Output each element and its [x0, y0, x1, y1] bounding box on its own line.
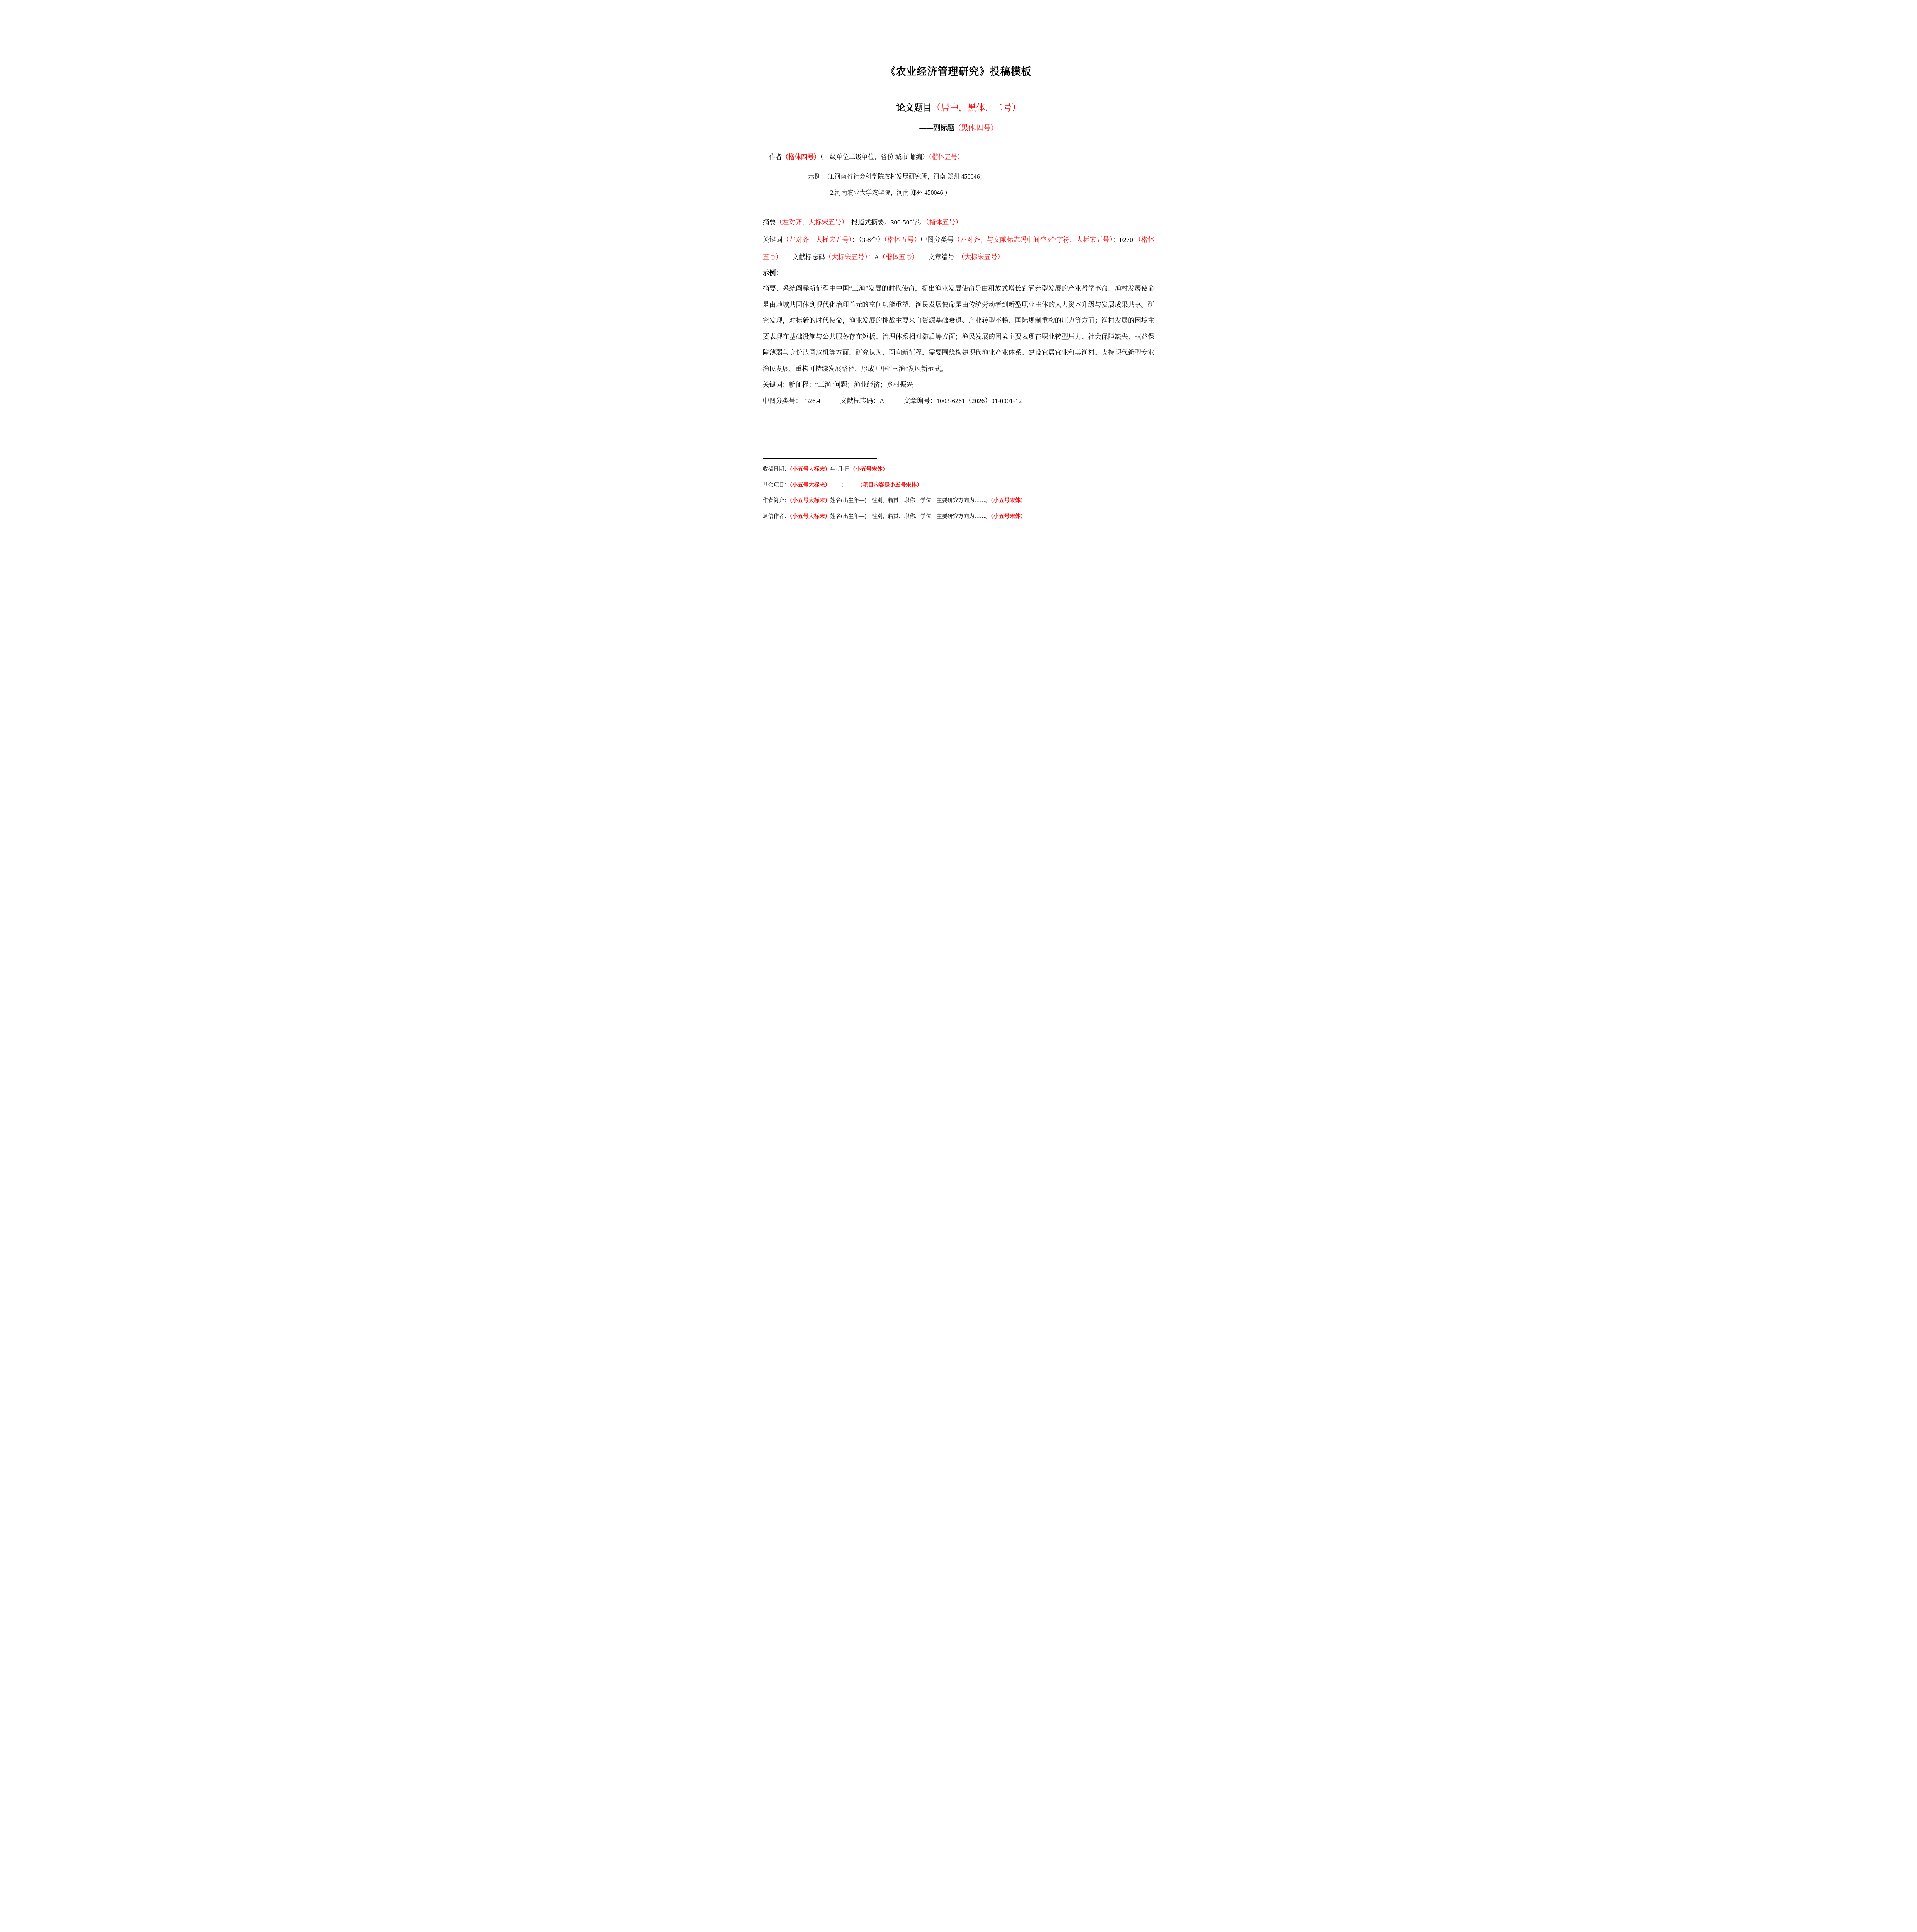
text-segment: 作者 [769, 153, 782, 161]
document-page: 《农业经济管理研究》投稿模板 论文题目（居中，黑体，二号） ——副标题（黑体,四… [719, 0, 1198, 678]
text-segment: （居中，黑体，二号） [932, 103, 1021, 112]
text-segment: （楷体五号） [926, 219, 962, 226]
footnote-received-date: 收稿日期：（小五号大标宋）年-月-日（小五号宋体） [763, 462, 1155, 478]
text-segment: ——副标题 [919, 124, 954, 132]
sample-clc-line: 中图分类号：F326.4 文献标志码：A 文章编号：1003-6261（2026… [763, 393, 1155, 409]
abstract-spec-line: 摘要（左对齐，大标宋五号）：报道式摘要。300-500字。（楷体五号） [763, 214, 1155, 231]
subtitle-line: ——副标题（黑体,四号） [763, 122, 1155, 133]
text-segment: 基金项目： [763, 482, 790, 488]
sample-section-label: 示例： [763, 266, 1155, 281]
text-segment: （楷体五号） [884, 236, 920, 243]
text-segment: 文献标志码 [779, 253, 825, 261]
text-segment: 姓名(出生年—)，性别，籍贯，职称，学位，主要研究方向为……。 [830, 514, 991, 519]
text-segment: （小五号大标宋） [790, 514, 830, 519]
footnote-corresponding-author: 通信作者：（小五号大标宋）姓名(出生年—)，性别，籍贯，职称，学位，主要研究方向… [763, 509, 1155, 525]
text-segment: （楷体五号） [879, 253, 915, 261]
text-segment: 通信作者： [763, 514, 790, 519]
text-segment: ：（3-8个） [852, 236, 884, 243]
text-segment: （一级单位二级单位，省份 城市 邮编） [820, 153, 929, 161]
format-spec-block: 摘要（左对齐，大标宋五号）：报道式摘要。300-500字。（楷体五号） 关键词（… [763, 214, 1155, 266]
author-example-line-2: 2.河南农业大学农学院，河南 郑州 450046 ） [763, 185, 1155, 201]
author-example-line-1: 示例：（1.河南省社会科学院农村发展研究所，河南 郑州 450046； [763, 169, 1155, 185]
text-segment: （左对齐，大标宋五号） [776, 219, 845, 226]
footnotes-block: 收稿日期：（小五号大标宋）年-月-日（小五号宋体） 基金项目：（小五号大标宋）…… [763, 462, 1155, 524]
paper-title-line: 论文题目（居中，黑体，二号） [763, 101, 1155, 114]
author-line: 作者（楷体四号）（一级单位二级单位，省份 城市 邮编）（楷体五号） [763, 151, 1155, 163]
text-segment: ……；…… [830, 482, 857, 488]
text-segment: ：报道式摘要。300-500字。 [845, 219, 926, 226]
footnote-divider-rule [763, 458, 877, 459]
text-segment: （楷体五号） [929, 153, 964, 161]
text-segment: （小五号宋体） [991, 514, 1026, 519]
text-segment: 摘要 [763, 219, 776, 226]
sample-abstract-paragraph: 摘要：系统阐释新征程中中国“三渔”发展的时代使命，提出渔业发展使命是由粗放式增长… [763, 281, 1155, 377]
text-segment: （大标宋五号） [961, 253, 1004, 261]
text-segment: （小五号大标宋） [790, 466, 830, 472]
text-segment: 作者简介： [763, 498, 790, 503]
footnote-fund-project: 基金项目：（小五号大标宋）……；……（项目内容是小五号宋体） [763, 478, 1155, 493]
keywords-spec-line: 关键词（左对齐，大标宋五号）：（3-8个）（楷体五号）中图分类号（左对齐，与文献… [763, 231, 1155, 266]
text-segment: 收稿日期： [763, 466, 790, 472]
text-segment: 年-月-日 [830, 466, 850, 472]
text-segment: （左对齐，与文献标志码中间空3个字符，大标宋五号） [954, 236, 1113, 243]
sample-keywords-line: 关键词：新征程；“三渔”问题；渔业经济；乡村振兴 [763, 377, 1155, 393]
text-segment: 中图分类号 [920, 236, 954, 243]
text-segment: 关键词 [763, 236, 782, 243]
author-example-block: 示例：（1.河南省社会科学院农村发展研究所，河南 郑州 450046； 2.河南… [763, 169, 1155, 201]
text-segment: （大标宋五号） [825, 253, 868, 261]
text-segment: 论文题目 [896, 102, 932, 112]
text-segment: （楷体四号） [782, 153, 820, 161]
text-segment: 文章编号： [915, 253, 961, 261]
text-segment: （小五号大标宋） [790, 498, 830, 503]
doc-title: 《农业经济管理研究》投稿模板 [763, 65, 1155, 78]
text-segment: （黑体,四号） [954, 124, 998, 132]
text-segment: （小五号宋体） [991, 498, 1026, 503]
footnote-author-bio: 作者简介：（小五号大标宋）姓名(出生年—)，性别，籍贯，职称，学位，主要研究方向… [763, 493, 1155, 509]
text-segment: （小五号大标宋） [790, 482, 830, 488]
text-segment: ：A [868, 253, 879, 261]
text-segment: 姓名(出生年—)，性别，籍贯，职称，学位，主要研究方向为……。 [830, 498, 991, 503]
text-segment: ：F270 [1113, 236, 1135, 243]
text-segment: （项目内容是小五号宋体） [857, 482, 922, 488]
text-segment: （小五号宋体） [850, 466, 888, 472]
text-segment: （左对齐，大标宋五号） [782, 236, 852, 243]
